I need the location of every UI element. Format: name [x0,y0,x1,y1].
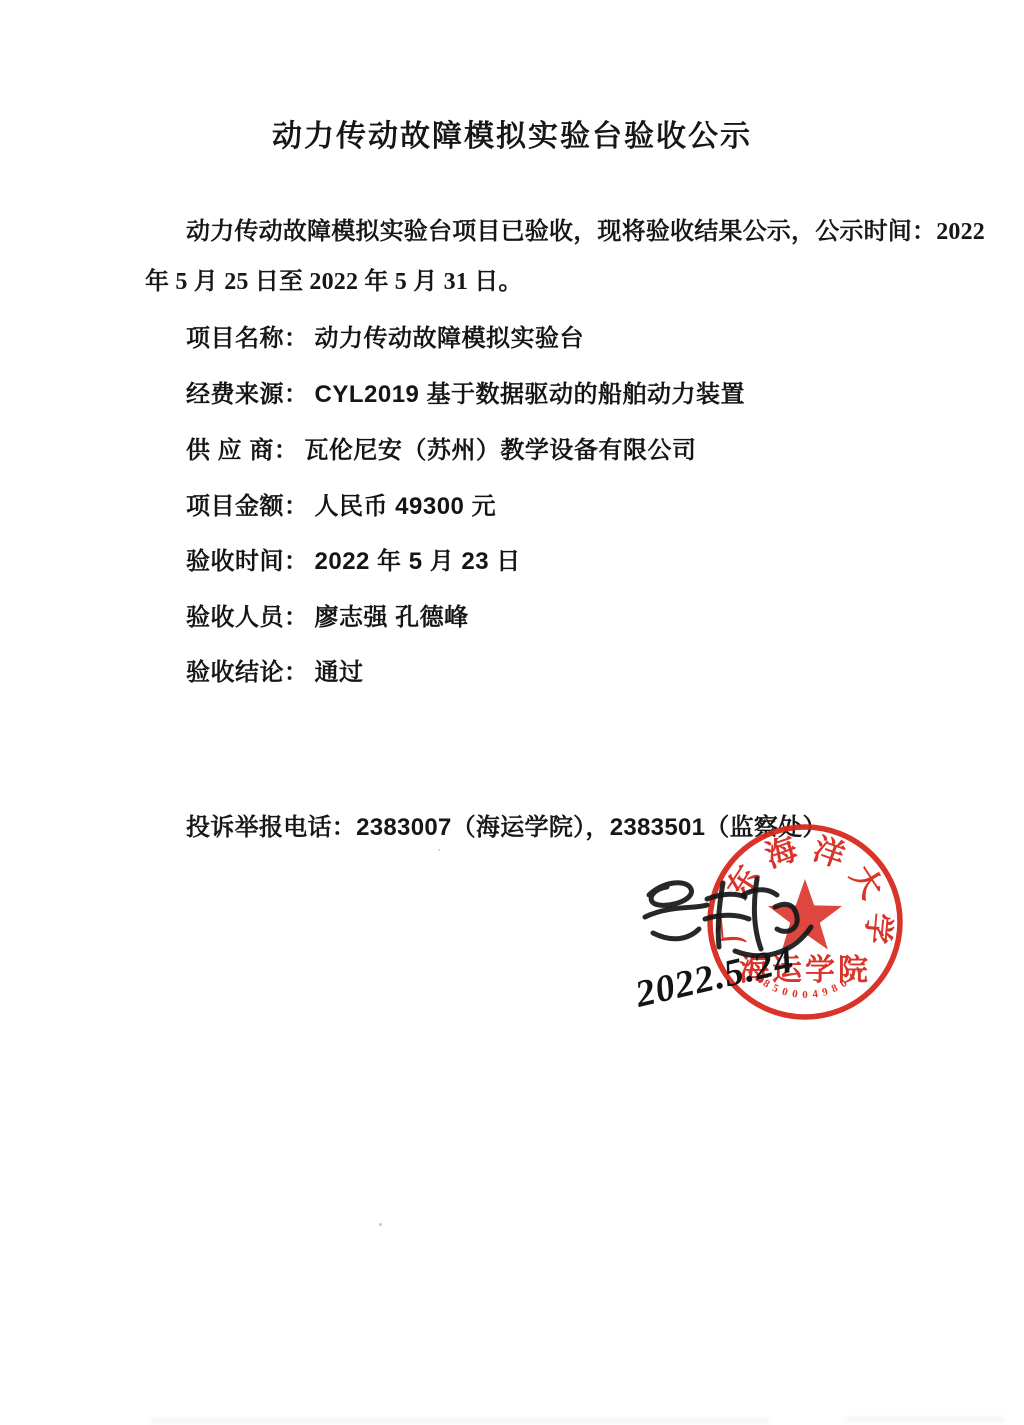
info-label: 经费来源： [186,381,309,408]
document-page: 动力传动故障模拟实验台验收公示 动力传动故障模拟实验台项目已验收，现将验收结果公… [0,0,1024,1425]
signature-stroke [645,905,707,917]
intro-line-2: 年 5 月 25 日至 2022 年 5 月 31 日。 [145,261,523,296]
signature-stroke [649,883,691,906]
info-value: 廖志强 孔德峰 [315,604,469,631]
info-label: 验收时间： [186,548,309,575]
info-value: 瓦伦尼安（苏州）教学设备有限公司 [304,437,696,464]
info-item-acceptance-date: 验收时间：2022 年 5 月 23 日 [186,541,521,576]
info-item-acceptance-staff: 验收人员：廖志强 孔德峰 [186,597,469,632]
signature-stroke [775,904,797,931]
info-value: 2022 年 5 月 23 日 [315,548,521,575]
info-label: 供 应 商： [186,437,298,464]
info-value: 动力传动故障模拟实验台 [315,325,585,352]
info-label: 验收人员： [186,604,309,631]
info-label: 项目金额： [186,493,309,520]
scan-artifact [438,849,440,851]
signature-stroke [653,929,699,939]
info-label: 项目名称： [186,325,309,352]
info-label: 验收结论： [186,659,309,686]
handwritten-signature: 2022.5.24 [615,855,925,1045]
signature-stroke [707,894,745,899]
signature-date: 2022.5.24 [631,939,798,1016]
scan-artifact [150,1418,770,1423]
info-value: 通过 [315,659,364,686]
signature-stroke [705,915,749,919]
info-value: CYL2019 基于数据驱动的船舶动力装置 [315,381,746,408]
page-title: 动力传动故障模拟实验台验收公示 [0,111,1024,155]
info-item-conclusion: 验收结论：通过 [186,652,364,687]
info-item-funding-source: 经费来源：CYL2019 基于数据驱动的船舶动力装置 [186,374,745,409]
info-value: 人民币 49300 元 [315,493,497,520]
info-item-amount: 项目金额：人民币 49300 元 [186,486,496,521]
scan-artifact [379,1223,382,1226]
signature-stroke [743,890,777,895]
scan-artifact [845,1417,1005,1422]
intro-line-1: 动力传动故障模拟实验台项目已验收，现将验收结果公示，公示时间：2022 [186,211,985,246]
info-item-supplier: 供 应 商：瓦伦尼安（苏州）教学设备有限公司 [186,430,696,465]
signature-svg: 2022.5.24 [615,855,925,1045]
info-item-project-name: 项目名称：动力传动故障模拟实验台 [186,318,584,353]
